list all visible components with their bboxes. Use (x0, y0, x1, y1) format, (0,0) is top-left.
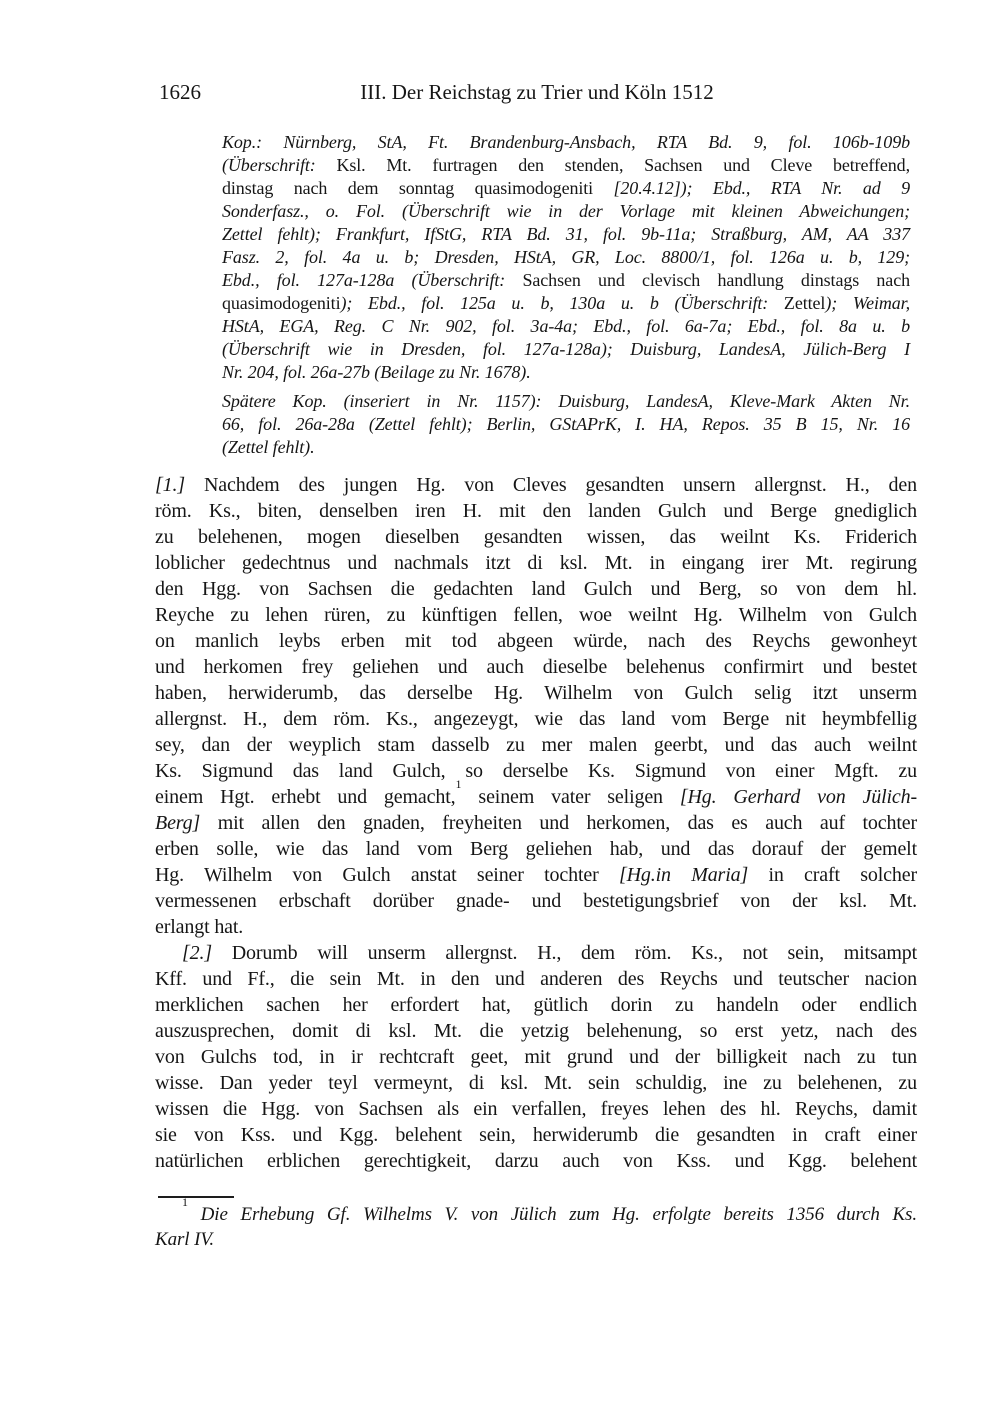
text-run: dinstag nach dem sonntag quasimodogeniti (222, 178, 614, 198)
text-line: erben solle, wie das land vom Berg gelie… (155, 836, 917, 862)
text-line: Karl IV. (155, 1227, 917, 1252)
text-run: Fasz. 2, fol. 4a u. b; Dresden, HStA, GR… (222, 247, 910, 267)
text-run: Ksl. Mt. furtragen den stenden, Sachsen … (336, 155, 910, 175)
text-line: [2.] Dorumb will unserm allergnst. H., d… (155, 940, 917, 966)
text-run: Die Erhebung Gf. Wilhelms V. von Jülich … (188, 1204, 917, 1225)
text-line: on manlich leybs erben mit tod abgeen wü… (155, 628, 917, 654)
text-line: Hg. Wilhelm von Gulch anstat seiner toch… (155, 862, 917, 888)
text-run: merklichen sachen her erfordert hat, güt… (155, 994, 917, 1016)
text-line: Zettel fehlt); Frankfurt, IfStG, RTA Bd.… (222, 223, 910, 246)
text-run: wissen die Hgg. von Sachsen als ein verf… (155, 1098, 917, 1120)
text-line: (Überschrift: Ksl. Mt. furtragen den ste… (222, 154, 910, 177)
text-line: vermessenen erbschaft dorüber gnade- und… (155, 888, 917, 914)
text-line: Nr. 204, fol. 26a-27b (Beilage zu Nr. 16… (222, 361, 910, 384)
text-run: quasimodogeniti (222, 293, 341, 313)
text-line: Ebd., fol. 127a-128a (Überschrift: Sachs… (222, 269, 910, 292)
text-run: Sachsen und clevisch handlung dinstags n… (522, 270, 910, 290)
text-run: 66, fol. 26a-28a (Zettel fehlt); Berlin,… (222, 414, 910, 434)
text-line: Spätere Kop. (inseriert in Nr. 1157): Du… (222, 390, 910, 413)
source-apparatus: Kop.: Nürnberg, StA, Ft. Brandenburg-Ans… (222, 131, 910, 459)
text-run: [Hg. Gerhard von Jülich- (680, 786, 917, 808)
text-line: (Überschrift wie in Dresden, fol. 127a-1… (222, 338, 910, 361)
text-run: Ebd., fol. 127a-128a (Überschrift: (222, 270, 522, 290)
text-run: loblicher gedechtnus und nachmals itzt d… (155, 552, 917, 574)
text-line: Ks. Sigmund das land Gulch, so derselbe … (155, 758, 917, 784)
text-line: haben, herwiderumb, das derselbe Hg. Wil… (155, 680, 917, 706)
text-run: sey, dan der weyplich stam dasselb zu me… (155, 734, 917, 756)
text-line: und herkomen frey geliehen und auch dies… (155, 654, 917, 680)
paragraph: [2.] Dorumb will unserm allergnst. H., d… (155, 940, 917, 1174)
text-run: Sonderfasz., o. Fol. (Überschrift wie in… (222, 201, 910, 221)
text-run: [20.4.12]); Ebd., RTA Nr. ad 9 (614, 178, 911, 198)
paragraph: Kop.: Nürnberg, StA, Ft. Brandenburg-Ans… (222, 131, 910, 384)
footnote-text: 1 Die Erhebung Gf. Wilhelms V. von Jülic… (155, 1202, 917, 1252)
text-run: auszusprechen, domit di ksl. Mt. die yet… (155, 1020, 917, 1042)
text-line: allergnst. H., dem röm. Ks., angezeygt, … (155, 706, 917, 732)
text-run: (Zettel fehlt). (222, 437, 314, 457)
text-line: einem Hgt. erhebt und gemacht,1 seinem v… (155, 784, 917, 810)
text-line: sey, dan der weyplich stam dasselb zu me… (155, 732, 917, 758)
text-run: Ks. Sigmund das land Gulch, so derselbe … (155, 760, 917, 782)
paragraph: Spätere Kop. (inseriert in Nr. 1157): Du… (222, 390, 910, 459)
text-run: einem Hgt. erhebt und gemacht, (155, 786, 455, 808)
text-run: (Überschrift wie in Dresden, fol. 127a-1… (222, 339, 910, 359)
running-title: III. Der Reichstag zu Trier und Köln 151… (155, 80, 919, 104)
text-line: von Gulchs tod, in ir rechtcraft geet, m… (155, 1044, 917, 1070)
text-line: röm. Ks., biten, denselben iren H. mit d… (155, 498, 917, 524)
text-run: Zettel (784, 293, 825, 313)
text-run: (Überschrift: (222, 155, 336, 175)
text-run: Hg. Wilhelm von Gulch anstat seiner toch… (155, 864, 619, 886)
text-run: Nachdem des jungen Hg. von Cleves gesand… (185, 474, 917, 496)
text-line: HStA, EGA, Reg. C Nr. 902, fol. 3a-4a; E… (222, 315, 910, 338)
text-run: Spätere Kop. (inseriert in Nr. 1157): Du… (222, 391, 910, 411)
body-text: [1.] Nachdem des jungen Hg. von Cleves g… (155, 472, 917, 1174)
text-run: Kff. und Ff., die sein Mt. in den und an… (155, 968, 917, 990)
text-run: Reyche zu lehen rüren, zu künftigen fell… (155, 604, 917, 626)
footnote: 1 Die Erhebung Gf. Wilhelms V. von Jülic… (155, 1196, 917, 1252)
text-run: wisse. Dan yeder teyl vermeynt, di ksl. … (155, 1072, 917, 1094)
text-run: in craft solcher (748, 864, 917, 886)
text-run: on manlich leybs erben mit tod abgeen wü… (155, 630, 917, 652)
book-page: 1626 III. Der Reichstag zu Trier und Köl… (0, 0, 1004, 1418)
text-line: wisse. Dan yeder teyl vermeynt, di ksl. … (155, 1070, 917, 1096)
text-line: auszusprechen, domit di ksl. Mt. die yet… (155, 1018, 917, 1044)
text-line: sie von Kss. und Kgg. belehent sein, her… (155, 1122, 917, 1148)
text-run: HStA, EGA, Reg. C Nr. 902, fol. 3a-4a; E… (222, 316, 910, 336)
text-line: zu belehenen, mogen dieselben gesandten … (155, 524, 917, 550)
text-run: Dorumb will unserm allergnst. H., dem rö… (212, 942, 917, 964)
text-line: quasimodogeniti); Ebd., fol. 125a u. b, … (222, 292, 910, 315)
text-run: den Hgg. von Sachsen die gedachten land … (155, 578, 917, 600)
text-line: 1 Die Erhebung Gf. Wilhelms V. von Jülic… (155, 1202, 917, 1227)
text-line: natürlichen erblichen gerechtigkeit, dar… (155, 1148, 917, 1174)
text-run: haben, herwiderumb, das derselbe Hg. Wil… (155, 682, 917, 704)
text-line: wissen die Hgg. von Sachsen als ein verf… (155, 1096, 917, 1122)
text-run: zu belehenen, mogen dieselben gesandten … (155, 526, 917, 548)
text-line: [1.] Nachdem des jungen Hg. von Cleves g… (155, 472, 917, 498)
text-run: von Gulchs tod, in ir rechtcraft geet, m… (155, 1046, 917, 1068)
footnote-marker: 1 (455, 777, 461, 791)
text-line: (Zettel fehlt). (222, 436, 910, 459)
text-run: röm. Ks., biten, denselben iren H. mit d… (155, 500, 917, 522)
text-run: ); Ebd., fol. 125a u. b, 130a u. b (Über… (341, 293, 784, 313)
text-run: Zettel fehlt); Frankfurt, IfStG, RTA Bd.… (222, 224, 910, 244)
text-run: natürlichen erblichen gerechtigkeit, dar… (155, 1150, 917, 1172)
footnote-marker: 1 (182, 1195, 188, 1209)
text-run: ); Weimar, (825, 293, 910, 313)
text-run: Nr. 204, fol. 26a-27b (Beilage zu Nr. 16… (222, 362, 531, 382)
text-line: 66, fol. 26a-28a (Zettel fehlt); Berlin,… (222, 413, 910, 436)
text-run: Karl IV. (155, 1229, 214, 1250)
text-run: [Hg.in Maria] (619, 864, 748, 886)
text-run: und herkomen frey geliehen und auch dies… (155, 656, 917, 678)
text-run: Berg] (155, 812, 200, 834)
text-run: allergnst. H., dem röm. Ks., angezeygt, … (155, 708, 917, 730)
text-run: [2.] (182, 942, 212, 964)
text-line: Berg] mit allen den gnaden, freyheiten u… (155, 810, 917, 836)
text-line: dinstag nach dem sonntag quasimodogeniti… (222, 177, 910, 200)
text-line: erlangt hat. (155, 914, 917, 940)
text-run: erben solle, wie das land vom Berg gelie… (155, 838, 917, 860)
footnote-rule (158, 1196, 234, 1198)
text-line: merklichen sachen her erfordert hat, güt… (155, 992, 917, 1018)
text-run: vermessenen erbschaft dorüber gnade- und… (155, 890, 917, 912)
text-run: seinem vater seligen (461, 786, 679, 808)
text-line: Kff. und Ff., die sein Mt. in den und an… (155, 966, 917, 992)
text-run: erlangt hat. (155, 916, 243, 938)
text-line: Sonderfasz., o. Fol. (Überschrift wie in… (222, 200, 910, 223)
text-run: Kop.: Nürnberg, StA, Ft. Brandenburg-Ans… (222, 132, 910, 152)
text-run: [1.] (155, 474, 185, 496)
running-head: 1626 III. Der Reichstag zu Trier und Köl… (155, 80, 919, 106)
text-line: Reyche zu lehen rüren, zu künftigen fell… (155, 602, 917, 628)
page-number: 1626 (159, 80, 201, 104)
text-line: loblicher gedechtnus und nachmals itzt d… (155, 550, 917, 576)
text-line: Kop.: Nürnberg, StA, Ft. Brandenburg-Ans… (222, 131, 910, 154)
text-line: den Hgg. von Sachsen die gedachten land … (155, 576, 917, 602)
text-run: mit allen den gnaden, freyheiten und her… (200, 812, 917, 834)
text-run: sie von Kss. und Kgg. belehent sein, her… (155, 1124, 917, 1146)
paragraph: [1.] Nachdem des jungen Hg. von Cleves g… (155, 472, 917, 940)
text-line: Fasz. 2, fol. 4a u. b; Dresden, HStA, GR… (222, 246, 910, 269)
paragraph: 1 Die Erhebung Gf. Wilhelms V. von Jülic… (155, 1202, 917, 1252)
